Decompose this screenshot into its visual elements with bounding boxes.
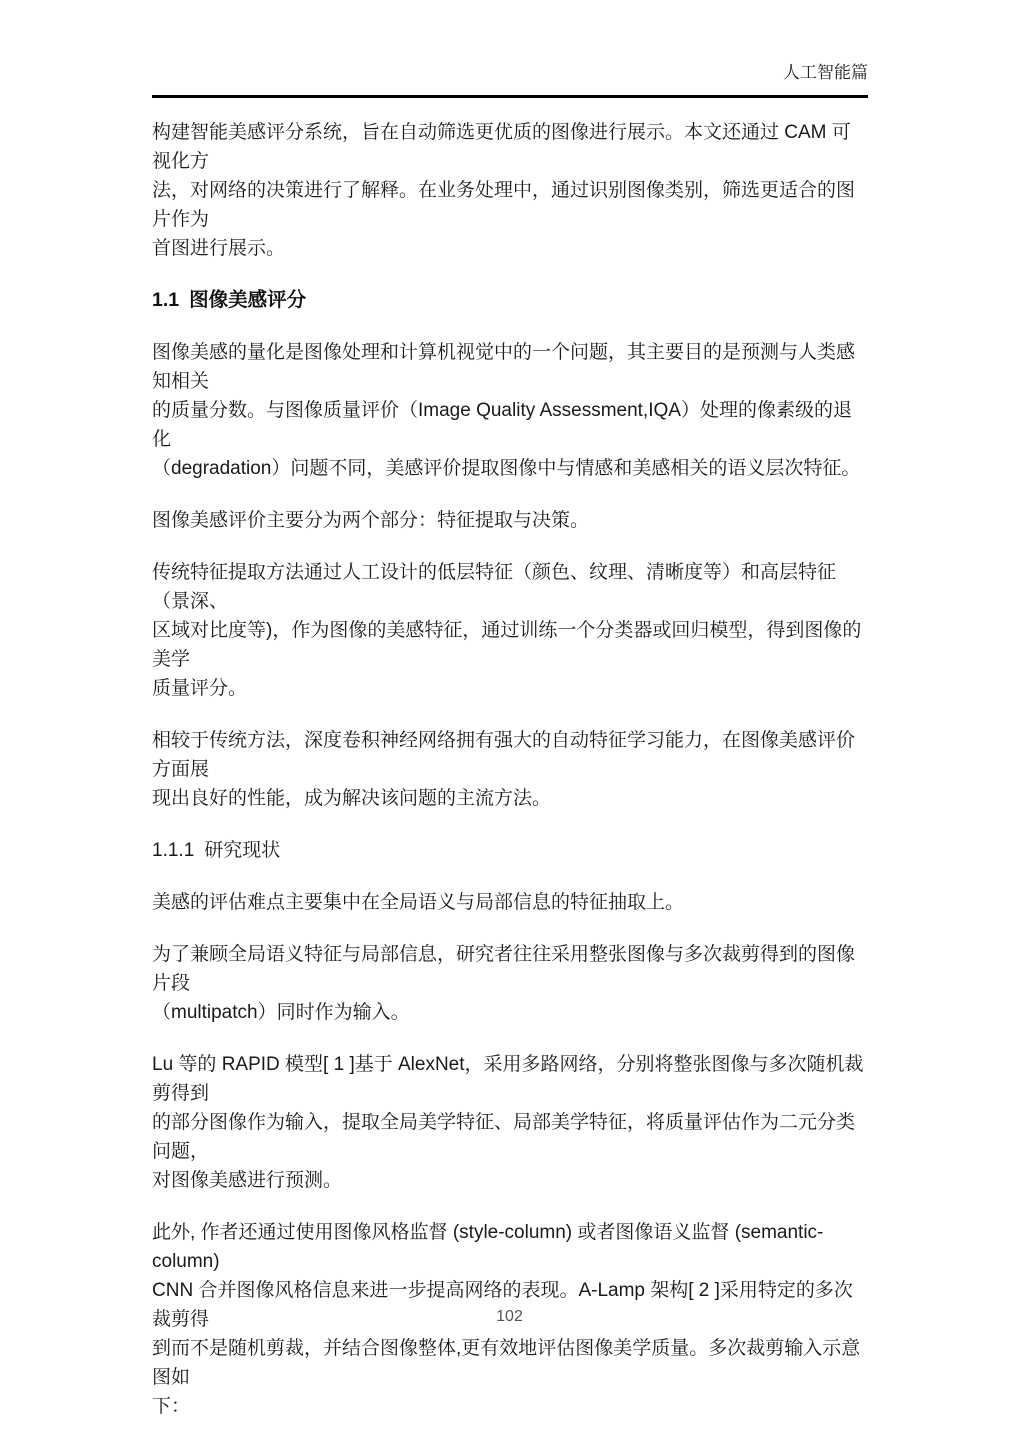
section-heading-1-1: 1.1图像美感评分: [152, 286, 868, 315]
subsection-title: 研究现状: [204, 840, 280, 861]
document-content: 构建智能美感评分系统，旨在自动筛选更优质的图像进行展示。本文还通过 CAM 可视…: [152, 118, 868, 1440]
paragraph-multipatch: 为了兼顾全局语义特征与局部信息，研究者往往采用整张图像与多次裁剪得到的图像片段 …: [152, 940, 868, 1027]
section-number: 1.1: [152, 289, 179, 311]
page-footer: 102: [0, 1308, 1019, 1326]
header-rule: [152, 95, 868, 98]
paragraph-quantify: 图像美感的量化是图像处理和计算机视觉中的一个问题，其主要目的是预测与人类感知相关…: [152, 338, 868, 483]
subsection-number: 1.1.1: [152, 840, 194, 861]
page-header: 人工智能篇: [152, 60, 868, 86]
paragraph-two-parts: 图像美感评价主要分为两个部分：特征提取与决策。: [152, 506, 868, 535]
paragraph-deep-learning: 相较于传统方法，深度卷积神经网络拥有强大的自动特征学习能力，在图像美感评价方面展…: [152, 726, 868, 813]
paragraph-difficulty: 美感的评估难点主要集中在全局语义与局部信息的特征抽取上。: [152, 888, 868, 917]
paragraph-intro: 构建智能美感评分系统，旨在自动筛选更优质的图像进行展示。本文还通过 CAM 可视…: [152, 118, 868, 263]
subsection-heading-1-1-1: 1.1.1研究现状: [152, 836, 868, 865]
page-number: 102: [496, 1308, 523, 1325]
paragraph-rapid-model: Lu 等的 RAPID 模型[ 1 ]基于 AlexNet，采用多路网络，分别将…: [152, 1050, 868, 1195]
document-page: 人工智能篇 构建智能美感评分系统，旨在自动筛选更优质的图像进行展示。本文还通过 …: [0, 0, 1019, 1440]
header-chapter-title: 人工智能篇: [783, 63, 868, 82]
paragraph-traditional-features: 传统特征提取方法通过人工设计的低层特征（颜色、纹理、清晰度等）和高层特征（景深、…: [152, 558, 868, 703]
section-title: 图像美感评分: [189, 289, 306, 311]
